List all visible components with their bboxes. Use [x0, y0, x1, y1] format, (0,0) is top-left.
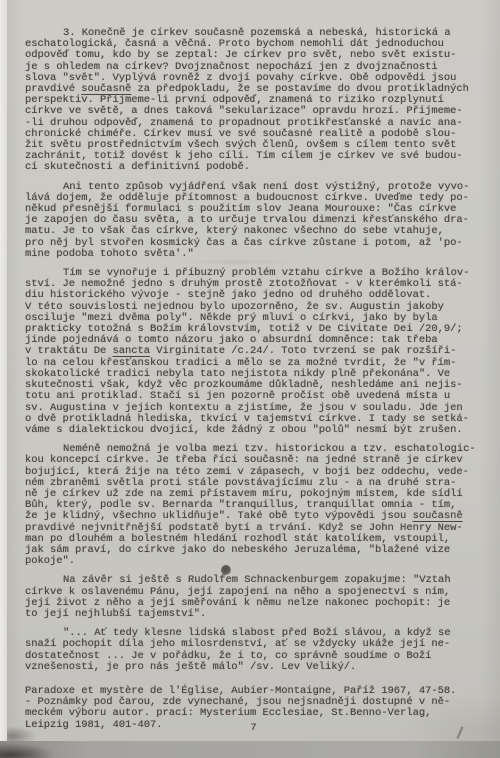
paragraph: 3. Konečně je církev současně pozemská a… [25, 28, 483, 174]
paragraph: Na závěr si ještě s Rudolfem Schnackenbu… [25, 575, 483, 620]
text-line: totu ani protiklad. Stačí si jen pozorně… [25, 391, 483, 402]
text-line: cí skutečnosti a definitivní podobě. [25, 162, 483, 173]
page-number: 7 [7, 722, 500, 734]
paragraph: Tím se vynořuje i příbuzný problém vztah… [25, 268, 483, 436]
underlined-text: sancta [113, 345, 151, 357]
text-segment: že je klidný, všechno uklidňuje". Také o… [25, 510, 413, 522]
text-line: Na závěr si ještě s Rudolfem Schnackenbu… [25, 575, 483, 586]
paragraph: "... Ať tedy klesne lidská slabost před … [25, 628, 483, 673]
text-line: v traktátu De sancta Virginitate /c.24/.… [25, 346, 483, 357]
underlined-text: současně [413, 510, 463, 522]
text-line: váme s dialektickou dvojicí, kde žádný z… [25, 425, 483, 436]
document-page: 3. Konečně je církev současně pozemská a… [0, 0, 500, 758]
ink-blot [221, 565, 231, 575]
scan-bottom-edge [0, 741, 500, 758]
text-line: jak sám praví, do církve jako do nebeské… [25, 545, 483, 556]
scan-left-edge [0, 0, 7, 741]
text-segment: Virginitate /c.24/. Toto tvrzení se pak … [150, 345, 456, 357]
paragraph: Neméně nemožná je volba mezi tzv. histor… [25, 444, 483, 567]
text-line: církve ve světě, a dnes taková "sekulari… [25, 106, 483, 117]
text-line: diu historického vývoje - stejně jako je… [25, 290, 483, 301]
text-segment: v traktátu De [25, 345, 113, 357]
text-line: matu. Je to však čas církve, který nakon… [25, 226, 483, 237]
text-line: pokoje". [25, 556, 483, 567]
text-line: to její nejhlubší tajemství". [25, 609, 483, 620]
text-line: snaží pochopit díla jeho milosrdenství, … [25, 639, 483, 650]
text-line: že je klidný, všechno uklidňuje". Také o… [25, 511, 483, 522]
page-text: 3. Konečně je církev současně pozemská a… [25, 28, 483, 739]
paper: 3. Konečně je církev současně pozemská a… [7, 0, 500, 741]
text-line: mine podoba tohoto světa'." [25, 249, 483, 260]
text-line: odpověď tomu, kdo by se zeptal: Je círke… [25, 50, 483, 61]
text-line: vznešenosti, je pro nás ještě málo" /sv.… [25, 662, 483, 673]
text-line: meckém výboru autor. prací: Mysterium Ec… [25, 708, 483, 719]
paragraph: Ani tento způsob vyjádření však není dos… [25, 182, 483, 260]
text-line: kou koncepcí církve. Je třeba říci souča… [25, 455, 483, 466]
